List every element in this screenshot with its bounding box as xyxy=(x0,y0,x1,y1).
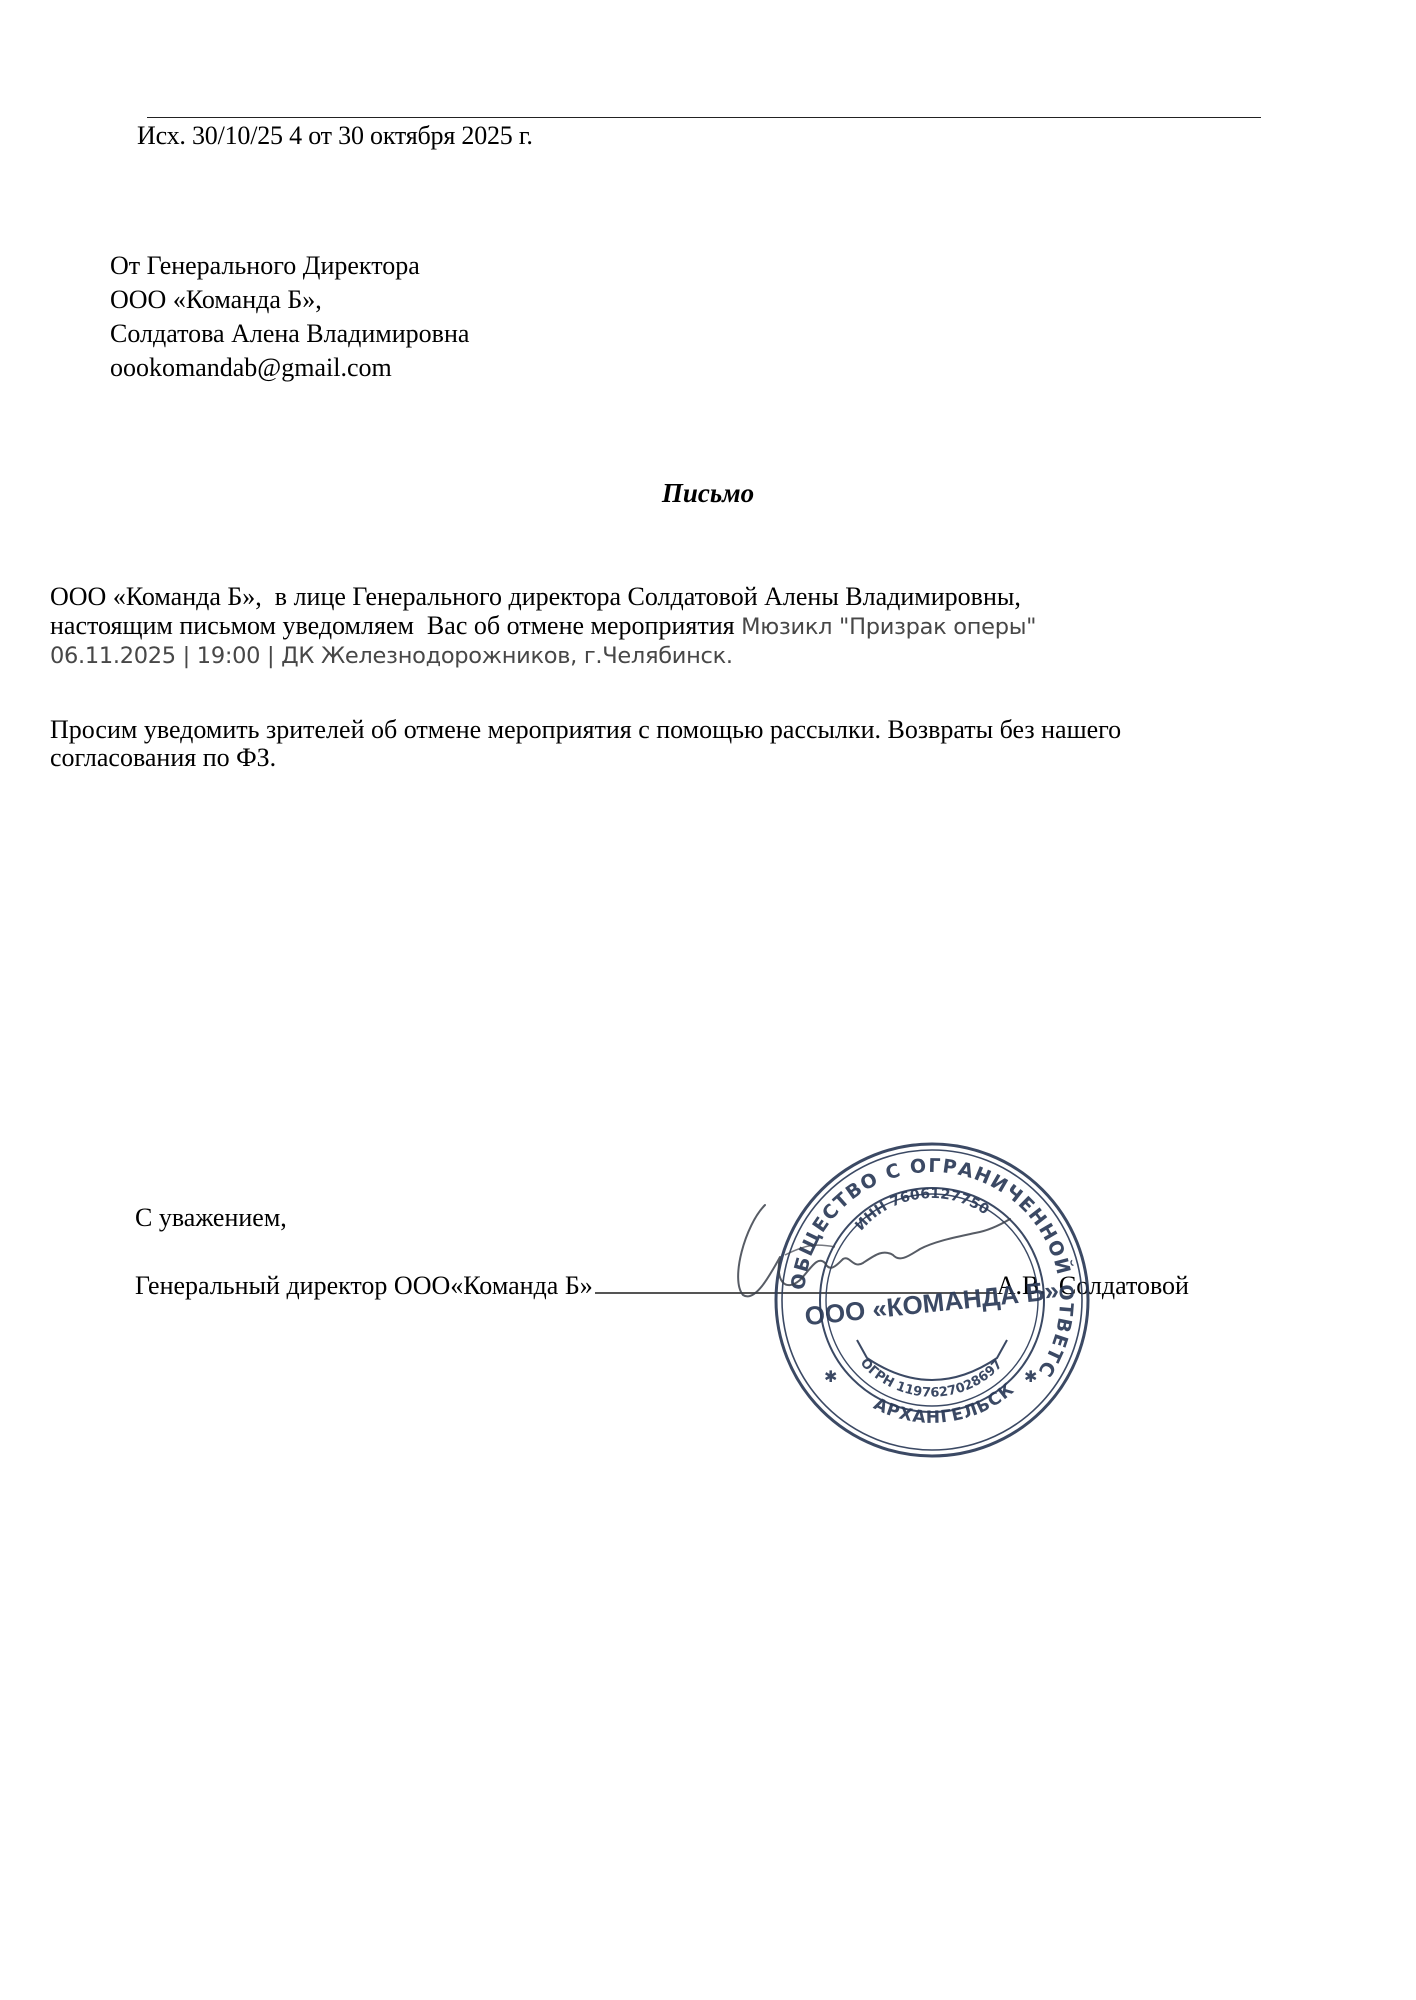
paragraph-1-line-1: ООО «Команда Б», в лице Генерального дир… xyxy=(50,582,1036,611)
sender-position: От Генерального Директора xyxy=(110,249,469,283)
event-name: Мюзикл "Призрак оперы" xyxy=(741,614,1036,640)
paragraph-1-line-2: настоящим письмом уведомляем Вас об отме… xyxy=(50,611,1036,642)
letter-title-text: Письмо xyxy=(662,478,754,509)
stamp-ogrn: ОГРН 1197627028697 xyxy=(857,1356,1006,1401)
star-icon: ✱ xyxy=(1024,1367,1037,1386)
body-paragraph-2: Просим уведомить зрителей об отмене меро… xyxy=(50,716,1121,772)
closing-regards: С уважением, xyxy=(135,1203,287,1233)
handwritten-signature xyxy=(725,1185,1045,1315)
svg-text:ОГРН 1197627028697: ОГРН 1197627028697 xyxy=(857,1356,1006,1401)
header-rule xyxy=(147,117,1261,118)
sender-email: oookomandab@gmail.com xyxy=(110,351,469,385)
sender-block: От Генерального Директора ООО «Команда Б… xyxy=(110,249,469,385)
outgoing-reference: Исх. 30/10/25 4 от 30 октября 2025 г. xyxy=(137,121,533,151)
letter-title: Письмо xyxy=(0,478,1416,509)
sender-company: ООО «Команда Б», xyxy=(110,283,469,317)
paragraph-2-line-2: согласования по ФЗ. xyxy=(50,744,1121,772)
body-paragraph-1: ООО «Команда Б», в лице Генерального дир… xyxy=(50,582,1036,671)
signer-title: Генеральный директор ООО«Команда Б» xyxy=(135,1271,593,1301)
event-details: 06.11.2025 | 19:00 | ДК Железнодорожнико… xyxy=(50,642,1036,671)
notice-text: настоящим письмом уведомляем Вас об отме… xyxy=(50,611,741,640)
star-icon: ✱ xyxy=(824,1367,837,1386)
sender-name: Солдатова Алена Владимировна xyxy=(110,317,469,351)
paragraph-2-line-1: Просим уведомить зрителей об отмене меро… xyxy=(50,716,1121,744)
